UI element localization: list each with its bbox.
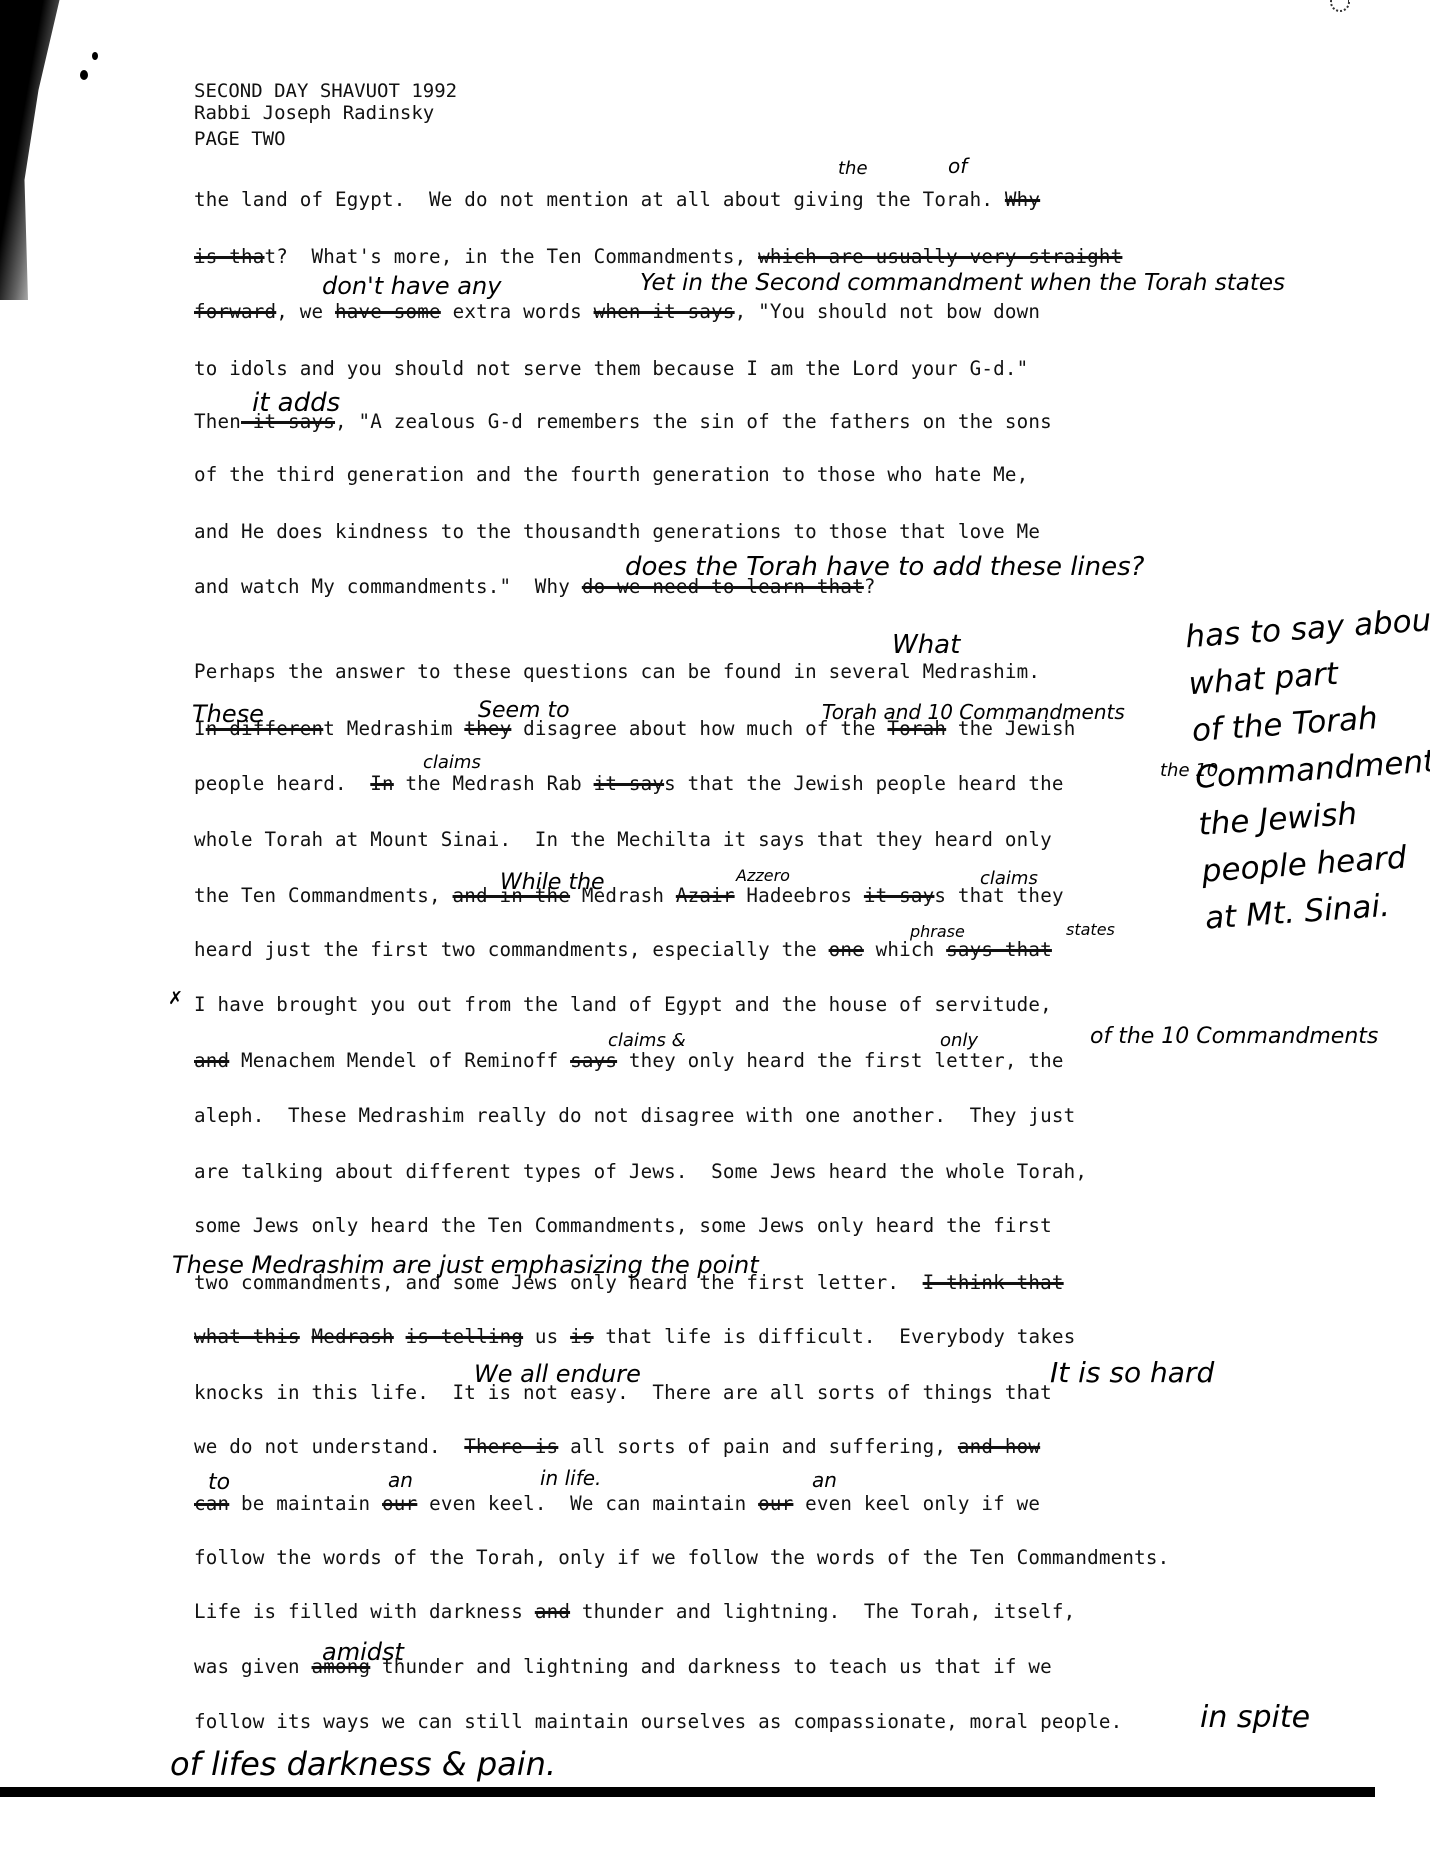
struck-text: Medrash [312, 1325, 394, 1348]
struck-text: In [370, 772, 394, 795]
handwritten-note-we-all-endure: We all endure [474, 1360, 641, 1388]
handwritten-note-in-life: in life. [540, 1466, 601, 1490]
text-line: are talking about different types of Jew… [194, 1160, 1087, 1183]
text-segment: to idols and you should not serve them b… [194, 357, 1028, 380]
corner-mark [1330, 0, 1350, 12]
text-segment: , "You should not bow down [735, 300, 1041, 323]
struck-text: and [194, 1049, 229, 1072]
document-header: SECOND DAY SHAVUOT 1992 Rabbi Joseph Rad… [194, 80, 457, 150]
struck-text: is telling [406, 1325, 524, 1348]
handwritten-note-yet-in-second: Yet in the Second commandment when the T… [640, 270, 1285, 296]
text-line: can be maintain our even keel. We can ma… [194, 1492, 1040, 1515]
text-segment: even keel only if we [793, 1492, 1040, 1515]
text-segment: Then [194, 410, 241, 433]
handwritten-note-amidst: amidst [322, 1638, 404, 1666]
struck-text: can [194, 1492, 229, 1515]
text-line: the Ten Commandments, and in the Medrash… [194, 884, 1064, 907]
text-line: Perhaps the answer to these questions ca… [194, 660, 1040, 683]
margin-check-mark: ✗ [168, 988, 183, 1009]
handwritten-note-of-1: of [948, 154, 967, 178]
text-segment: be maintain [229, 1492, 382, 1515]
scan-smudge [0, 0, 70, 300]
handwritten-note-dont-have-any: don't have any [322, 272, 501, 300]
text-segment: aleph. These Medrashim really do not dis… [194, 1104, 1075, 1127]
text-segment: Life is filled with darkness [194, 1600, 535, 1623]
text-segment: us [523, 1325, 570, 1348]
text-segment: even keel. We can maintain [417, 1492, 758, 1515]
text-segment: all sorts of pain and suffering, [558, 1435, 958, 1458]
handwritten-note-of-lifes: of lifes darkness & pain. [170, 1745, 556, 1783]
text-line: and He does kindness to the thousandth g… [194, 520, 1040, 543]
text-segment: and watch My commandments." Why [194, 575, 582, 598]
text-segment: t Medrashim [323, 717, 464, 740]
scan-speck [92, 52, 98, 60]
struck-text: which are usually very straight [758, 245, 1122, 268]
struck-text: There is [464, 1435, 558, 1458]
text-segment: follow the words of the Torah, only if w… [194, 1546, 1169, 1569]
handwritten-note-of-the-10: of the 10 Commandments [1090, 1024, 1378, 1049]
text-segment: people heard. [194, 772, 370, 795]
handwritten-note-to: to [208, 1470, 230, 1495]
text-line: is that? What's more, in the Ten Command… [194, 245, 1122, 268]
text-line: follow the words of the Torah, only if w… [194, 1546, 1169, 1569]
handwritten-note-azzero: Azzero [736, 866, 790, 885]
struck-text: have some [335, 300, 441, 323]
text-segment: t? What's more, in the Ten Commandments, [265, 245, 759, 268]
handwritten-note-claims-1: claims [423, 752, 481, 773]
handwritten-note-claims-2: claims [980, 868, 1038, 889]
text-line: and Menachem Mendel of Reminoff says the… [194, 1049, 1064, 1072]
text-segment [394, 1325, 406, 1348]
handwritten-note-only: only [940, 1030, 978, 1051]
handwritten-note-these: These [192, 700, 264, 728]
handwritten-note-torah-and-10: Torah and 10 Commandments [822, 700, 1125, 724]
text-line: to idols and you should not serve them b… [194, 357, 1028, 380]
struck-text: our [758, 1492, 793, 1515]
handwritten-note-the-1: the [838, 158, 868, 179]
text-line: I have brought you out from the land of … [194, 993, 1052, 1016]
text-segment: are talking about different types of Jew… [194, 1160, 1087, 1183]
struck-text: and how [958, 1435, 1040, 1458]
handwritten-note-it-is-so-hard: It is so hard [1050, 1356, 1214, 1389]
text-segment: they only heard the first letter, the [617, 1049, 1064, 1072]
text-line: some Jews only heard the Ten Commandment… [194, 1214, 1052, 1237]
text-line: we do not understand. There is all sorts… [194, 1435, 1040, 1458]
text-segment: I have brought you out from the land of … [194, 993, 1052, 1016]
bottom-rule [0, 1787, 1375, 1797]
text-segment: extra words [441, 300, 594, 323]
struck-text: it say [864, 884, 935, 907]
text-segment: the land of Egypt. We do not mention at … [194, 188, 1005, 211]
struck-text: when it says [594, 300, 735, 323]
struck-text: I think that [923, 1271, 1064, 1294]
struck-text: forward [194, 300, 276, 323]
text-segment: the Medrash Rab [394, 772, 594, 795]
struck-text: it say [594, 772, 665, 795]
text-segment: some Jews only heard the Ten Commandment… [194, 1214, 1052, 1237]
text-line: forward, we have some extra words when i… [194, 300, 1040, 323]
text-segment: of the third generation and the fourth g… [194, 463, 1028, 486]
text-line: Life is filled with darkness and thunder… [194, 1600, 1075, 1623]
text-line: aleph. These Medrashim really do not dis… [194, 1104, 1075, 1127]
handwritten-note-it-adds: it adds [252, 388, 340, 418]
document-title: SECOND DAY SHAVUOT 1992 [194, 80, 457, 102]
struck-text: is tha [194, 245, 265, 268]
text-segment: whole Torah at Mount Sinai. In the Mechi… [194, 828, 1052, 851]
text-segment: and He does kindness to the thousandth g… [194, 520, 1040, 543]
text-segment: heard just the first two commandments, e… [194, 938, 829, 961]
text-line: follow its ways we can still maintain ou… [194, 1710, 1122, 1733]
handwritten-note-an-1: an [388, 1468, 413, 1492]
document-author: Rabbi Joseph Radinsky [194, 102, 457, 124]
handwritten-note-while-the: While the [500, 870, 605, 895]
handwritten-note-in-spite: in spite [1200, 1700, 1310, 1735]
text-line: heard just the first two commandments, e… [194, 938, 1052, 961]
text-segment: , we [276, 300, 335, 323]
text-segment: that life is difficult. Everybody takes [594, 1325, 1076, 1348]
text-line: the land of Egypt. We do not mention at … [194, 188, 1040, 211]
scan-speck [80, 70, 88, 80]
text-segment: the Ten Commandments, [194, 884, 453, 907]
text-segment: Perhaps the answer to these questions ca… [194, 660, 1040, 683]
text-segment: was given [194, 1655, 312, 1678]
struck-text: one [829, 938, 864, 961]
text-segment: follow its ways we can still maintain ou… [194, 1710, 1122, 1733]
struck-text: says that [946, 938, 1052, 961]
text-segment: thunder and lightning and darkness to te… [370, 1655, 1052, 1678]
text-segment: which [864, 938, 946, 961]
text-segment: we do not understand. [194, 1435, 464, 1458]
handwritten-note-claims-and: claims & [608, 1030, 686, 1051]
handwritten-note-states: states [1066, 920, 1115, 939]
text-segment: , "A zealous G-d remembers the sin of th… [335, 410, 1052, 433]
struck-text: Why [1005, 188, 1040, 211]
handwritten-note-does-torah-add: does the Torah have to add these lines? [625, 552, 1144, 582]
text-segment [300, 1325, 312, 1348]
margin-note: has to say aboutwhat partof the TorahCom… [1184, 596, 1430, 942]
text-segment: s that the Jewish people heard the [664, 772, 1064, 795]
text-line: whole Torah at Mount Sinai. In the Mechi… [194, 828, 1052, 851]
handwritten-note-phrase: phrase [910, 922, 965, 941]
handwritten-note-an-2: an [812, 1468, 837, 1492]
text-segment: thunder and lightning. The Torah, itself… [570, 1600, 1075, 1623]
text-segment: Menachem Mendel of Reminoff [229, 1049, 570, 1072]
text-line: what this Medrash is telling us is that … [194, 1325, 1075, 1348]
struck-text: says [570, 1049, 617, 1072]
struck-text: Azair [676, 884, 735, 907]
text-line: of the third generation and the fourth g… [194, 463, 1028, 486]
handwritten-note-these-medrashim: These Medrashim are just emphasizing the… [172, 1251, 759, 1279]
document-page: SECOND DAY SHAVUOT 1992 Rabbi Joseph Rad… [0, 0, 1430, 1851]
page-label: PAGE TWO [194, 128, 457, 150]
struck-text: is [570, 1325, 594, 1348]
struck-text: our [382, 1492, 417, 1515]
struck-text: what this [194, 1325, 300, 1348]
text-line: people heard. In the Medrash Rab it says… [194, 772, 1064, 795]
handwritten-note-what: What [892, 630, 960, 660]
text-segment: Hadeebros [735, 884, 864, 907]
handwritten-note-seem-to: Seem to [478, 698, 570, 723]
struck-text: and [535, 1600, 570, 1623]
